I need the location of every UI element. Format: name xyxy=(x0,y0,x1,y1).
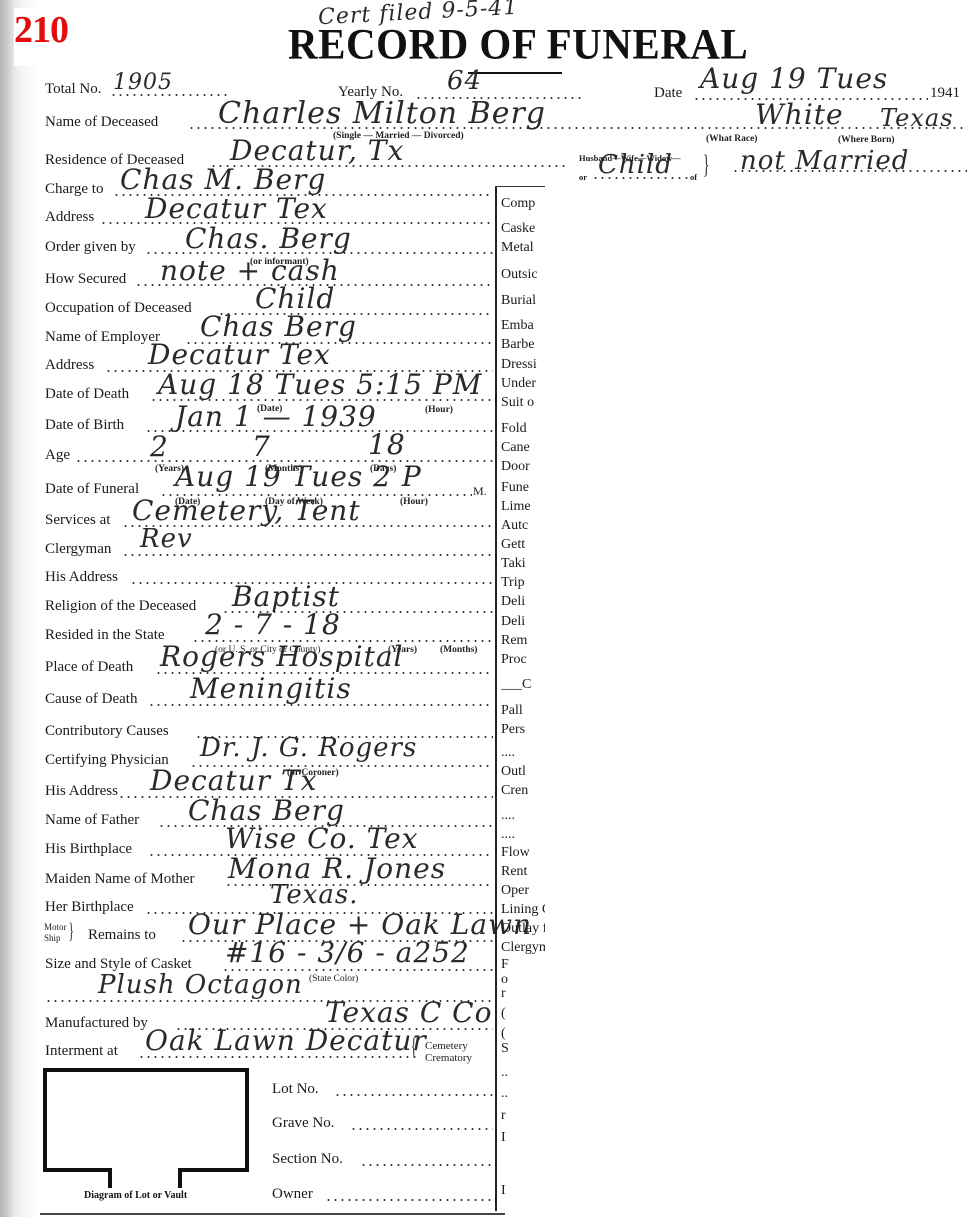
race-sublabel: (What Race) xyxy=(706,134,757,144)
owner-label: Owner xyxy=(272,1185,313,1203)
remains-to-label: Remains to xyxy=(88,926,156,944)
brace-icon: } xyxy=(69,918,74,944)
mother-birthplace-value: Texas. xyxy=(270,880,358,910)
physician-address-label: His Address xyxy=(45,782,118,800)
charges-column-item: Flow xyxy=(501,845,547,861)
clergyman-address-label: His Address xyxy=(45,568,118,586)
father-birthplace-value: Wise Co. Tex xyxy=(225,822,419,855)
address-value: Decatur Tex xyxy=(145,192,328,225)
clergyman-value: Rev xyxy=(140,524,193,554)
charges-column-item: Autc xyxy=(501,518,547,534)
lot-diagram-box xyxy=(43,1068,249,1172)
charges-column-item: F xyxy=(501,957,547,973)
deceased-name-value: Charles Milton Berg xyxy=(218,96,546,131)
spouse-or-label: or xyxy=(579,172,587,182)
occupation-label: Occupation of Deceased xyxy=(45,299,192,317)
resided-label: Resided in the State xyxy=(45,626,165,644)
place-of-death-value: Rogers Hospital xyxy=(160,640,404,673)
employer-address-value: Decatur Tex xyxy=(148,338,331,371)
section-no-dots xyxy=(360,1164,493,1166)
charges-column-item: Suit o xyxy=(501,395,547,411)
clergyman-label: Clergyman xyxy=(45,540,111,558)
brace-icon: { xyxy=(411,1034,417,1061)
charges-column-item: .. xyxy=(501,1065,547,1081)
how-secured-label: How Secured xyxy=(45,270,126,288)
deceased-race-value: White xyxy=(755,98,844,131)
casket-value: #16 - 3/6 - a252 xyxy=(225,936,470,969)
services-at-value: Cemetery, Tent xyxy=(132,494,361,527)
age-label: Age xyxy=(45,446,70,464)
date-year: 1941 xyxy=(930,84,960,102)
grave-no-label: Grave No. xyxy=(272,1114,334,1132)
charges-column-item: Fune xyxy=(501,480,547,496)
employer-address-label: Address xyxy=(45,356,94,374)
date-of-death-label: Date of Death xyxy=(45,385,129,403)
address-label: Address xyxy=(45,208,94,226)
total-no-value: 1905 xyxy=(113,70,173,95)
diagram-caption: Diagram of Lot or Vault xyxy=(84,1190,187,1201)
age-days-value: 18 xyxy=(368,428,406,461)
age-months-value: 7 xyxy=(252,430,271,463)
date-label: Date xyxy=(654,84,682,102)
spouse-status-value: Child xyxy=(598,150,673,180)
casket-line2-value: Plush Octagon xyxy=(98,970,303,1000)
services-at-label: Services at xyxy=(45,511,110,529)
resided-value: 2 - 7 - 18 xyxy=(205,608,341,641)
lot-no-dots xyxy=(334,1094,493,1096)
charges-column-item: Burial xyxy=(501,293,547,309)
motor-label: Motor xyxy=(44,922,67,932)
charges-column-item: Proc xyxy=(501,652,547,668)
title-rule xyxy=(468,72,562,74)
bottom-rule xyxy=(40,1213,505,1215)
owner-dots xyxy=(325,1199,493,1201)
charges-column-item: .... xyxy=(501,745,547,761)
charges-column-item: Trip xyxy=(501,575,547,591)
charges-column-item: Dressi xyxy=(501,357,547,373)
name-of-deceased-label: Name of Deceased xyxy=(45,113,158,131)
charges-column-item: Door xyxy=(501,459,547,475)
redacted-area xyxy=(545,186,967,1217)
charges-column-item: Deli xyxy=(501,614,547,630)
employer-label: Name of Employer xyxy=(45,328,160,346)
clergyman-dots xyxy=(122,554,493,556)
charges-column-border xyxy=(495,186,497,1211)
religion-label: Religion of the Deceased xyxy=(45,597,196,615)
charges-column-item: I xyxy=(501,1183,547,1199)
funeral-hour-sublabel: (Hour) xyxy=(400,497,428,507)
charges-column-item: Fold xyxy=(501,421,547,437)
physician-address-value: Decatur Tx xyxy=(150,764,317,797)
date-of-death-value: Aug 18 Tues 5:15 PM xyxy=(158,368,482,401)
deceased-birthplace-value: Texas xyxy=(880,104,954,132)
spouse-of-label: of xyxy=(690,172,697,182)
contributory-causes-label: Contributory Causes xyxy=(45,722,169,740)
charges-column-item: .... xyxy=(501,827,547,843)
charges-column-item: Rent xyxy=(501,864,547,880)
total-no-label: Total No. xyxy=(45,80,101,98)
ship-label: Ship xyxy=(44,933,61,943)
charges-column-item: Emba xyxy=(501,318,547,334)
scan-edge-shadow xyxy=(0,0,14,1217)
lot-diagram-edge xyxy=(178,1168,249,1172)
date-of-funeral-label: Date of Funeral xyxy=(45,480,139,498)
cause-of-death-label: Cause of Death xyxy=(45,690,137,708)
charges-column-item: Outsic xyxy=(501,267,547,283)
state-color-sublabel: (State Color) xyxy=(309,974,358,984)
charges-column-item: Comp xyxy=(501,196,547,212)
charges-column-item: Cane xyxy=(501,440,547,456)
spouse-value: not Married xyxy=(740,146,909,176)
charges-column-item: Oper xyxy=(501,883,547,899)
date-of-birth-label: Date of Birth xyxy=(45,416,124,434)
grave-no-dots xyxy=(350,1128,493,1130)
death-hour-sublabel: (Hour) xyxy=(425,405,453,415)
lot-diagram-edge xyxy=(43,1168,112,1172)
charges-column-item: Rem xyxy=(501,633,547,649)
charges-column-item: Gett xyxy=(501,537,547,553)
charges-column-item: Caske xyxy=(501,221,547,237)
section-no-label: Section No. xyxy=(272,1150,343,1168)
crematory-label: Crematory xyxy=(425,1052,472,1064)
order-given-by-label: Order given by xyxy=(45,238,136,256)
yearly-no-value: 64 xyxy=(447,66,482,96)
charges-column-item: Taki xyxy=(501,556,547,572)
charges-column-item: Cren xyxy=(501,783,547,799)
father-birthplace-label: His Birthplace xyxy=(45,840,132,858)
charges-column-item: ( xyxy=(501,1006,547,1022)
lot-diagram-entrance xyxy=(178,1168,182,1188)
charges-column-item: ___C xyxy=(501,677,547,693)
funeral-meridiem: M. xyxy=(473,482,487,500)
lot-no-label: Lot No. xyxy=(272,1080,319,1098)
brace-icon: } xyxy=(703,150,709,180)
charges-column-top xyxy=(495,186,545,187)
page-number: 210 xyxy=(14,8,68,52)
date-value: Aug 19 Tues xyxy=(700,62,888,95)
charges-column-item: Deli xyxy=(501,594,547,610)
date-of-birth-value: Jan 1 — 1939 xyxy=(175,400,377,433)
charges-column-item: Outl xyxy=(501,764,547,780)
charges-column-item: r xyxy=(501,1108,547,1124)
age-years-value: 2 xyxy=(150,430,169,463)
charges-column-item: Pall xyxy=(501,703,547,719)
charges-column-item: .... xyxy=(501,808,547,824)
charge-to-label: Charge to xyxy=(45,180,103,198)
charges-column-item: .. xyxy=(501,1086,547,1102)
charges-column-item: Lime xyxy=(501,499,547,515)
charges-column-item: r xyxy=(501,986,547,1002)
born-sublabel: (Where Born) xyxy=(838,135,895,145)
order-given-by-value: Chas. Berg xyxy=(185,222,352,255)
charges-column-item: S xyxy=(501,1041,547,1057)
physician-value: Dr. J. G. Rogers xyxy=(200,733,417,763)
charges-column-item: I xyxy=(501,1130,547,1146)
page-title: RECORD OF FUNERAL xyxy=(288,19,748,69)
manufacturer-label: Manufactured by xyxy=(45,1014,148,1032)
charges-column-item: Barbe xyxy=(501,337,547,353)
charges-column-item: ( xyxy=(501,1026,547,1042)
father-label: Name of Father xyxy=(45,811,139,829)
interment-label: Interment at xyxy=(45,1042,118,1060)
cause-of-death-value: Meningitis xyxy=(190,672,352,705)
charges-column-item: Pers xyxy=(501,722,547,738)
charges-column-item: Metal xyxy=(501,240,547,256)
mother-label: Maiden Name of Mother xyxy=(45,870,195,888)
mother-birthplace-label: Her Birthplace xyxy=(45,898,134,916)
charges-column-item: Under xyxy=(501,376,547,392)
place-of-death-label: Place of Death xyxy=(45,658,133,676)
date-of-funeral-value: Aug 19 Tues 2 P xyxy=(175,460,422,493)
resided-months-sublabel: (Months) xyxy=(440,645,477,655)
cemetery-label: Cemetery xyxy=(425,1040,468,1052)
lot-diagram-entrance xyxy=(108,1168,112,1188)
interment-value: Oak Lawn Decatur xyxy=(145,1024,427,1057)
